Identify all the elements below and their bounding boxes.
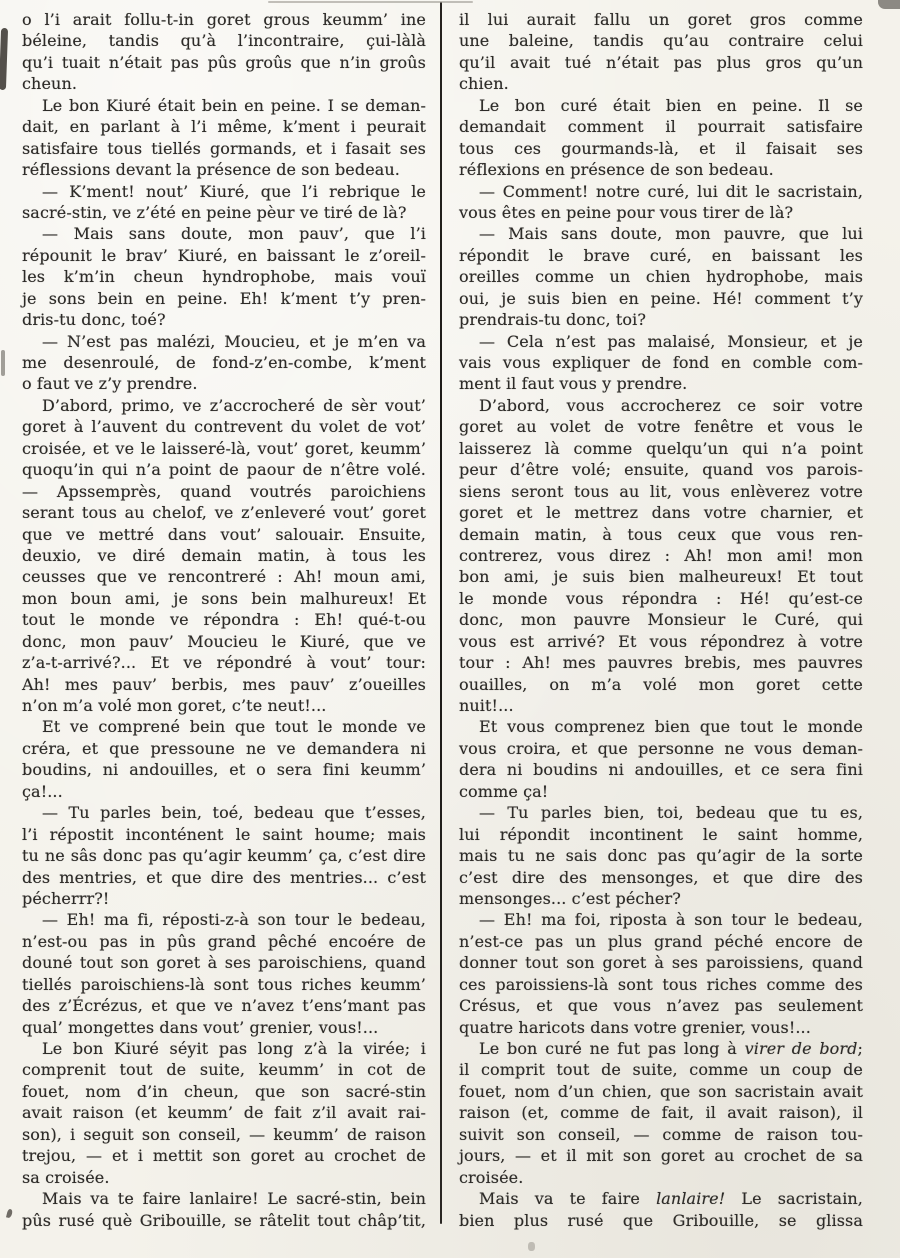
text-line: goret et le mettrez dans votre charnier,… [459,502,863,523]
text-line: vous est arrivé? Et vous répondrez à vot… [459,631,863,652]
text-line: chien. [459,73,863,94]
text-line: — N’est pas malézi, Moucieu, et je m’en … [22,331,426,352]
text-line: dris-tu donc, toé? [22,309,426,330]
right-column-french-text: il lui aurait fallu un goret gros commeu… [459,9,863,1231]
scan-artifact-smudge [528,1242,535,1251]
text-line: dait, en parlant à l’i même, k’ment i pe… [22,116,426,137]
text-line: — Apssemprès, quand voutrés paroichiens [22,481,426,502]
scan-artifact-edge-mark [0,28,8,90]
text-line: o faut ve z’y prendre. [22,373,426,394]
text-line: qual’ mongettes dans vout’ grenier, vous… [22,1017,426,1038]
text-line: Le bon curé était bien en peine. Il se [459,95,863,116]
text-line: son), i seguit son conseil, — keumm’ de … [22,1124,426,1145]
text-line: tour : Ah! mes pauvres brebis, mes pauvr… [459,652,863,673]
text-line: des mentries, et que dire des mentries..… [22,867,426,888]
text-line: donner tout son goret à ses paroissiens,… [459,952,863,973]
text-line: suivit son conseil, — comme de raison to… [459,1124,863,1145]
text-line: répounit le brav’ Kiuré, en baissant le … [22,245,426,266]
scan-artifact-corner-mark [878,0,900,9]
text-line: fouet, nom d’in cheun, que son sacré-sti… [22,1081,426,1102]
text-line: satisfaire tous tiellés gormands, et i f… [22,138,426,159]
text-line: sa croisée. [22,1167,426,1188]
text-line: — Tu parles bien, toi, bedeau que tu es, [459,802,863,823]
text-line: — Cela n’est pas malaisé, Monsieur, et j… [459,331,863,352]
text-line: jours, — et il mit son goret au crochet … [459,1145,863,1166]
text-line: mais tu ne sais donc pas qu’agir de la s… [459,845,863,866]
text-line: donc, mon pauvre Monsieur le Curé, qui [459,609,863,630]
text-line: Crésus, et que vous n’avez pas seulement [459,995,863,1016]
text-line: o l’i arait follu-t-in goret grous keumm… [22,9,426,30]
text-line: serant tous au chelof, ve z’enleveré vou… [22,502,426,523]
text-line: ça!... [22,781,426,802]
text-line: peur d’être volé; ensuite, quand vos par… [459,459,863,480]
text-line: il lui aurait fallu un goret gros comme [459,9,863,30]
scanned-page: o l’i arait follu-t-in goret grous keumm… [0,0,900,1258]
text-line: le monde vous répondra : Hé! qu’est-ce [459,588,863,609]
text-line: tiellés paroischiens-là sont tous riches… [22,974,426,995]
text-line: laisserez là comme quelqu’un qui n’a poi… [459,438,863,459]
text-line: prendrais-tu donc, toi? [459,309,863,330]
text-line: comprenit tout de suite, keumm’ in cot d… [22,1059,426,1080]
text-line: c’est dire des mensonges, et que dire de… [459,867,863,888]
text-line: les k’m’in cheun hyndrophobe, mais vouï [22,266,426,287]
text-line: bien plus rusé que Gribouille, se glissa [459,1210,863,1231]
text-line: vais vous expliquer de fond en comble co… [459,352,863,373]
text-line: nuit!... [459,695,863,716]
text-line: D’abord, vous accrocherez ce soir votre [459,395,863,416]
text-line: Le bon Kiuré était bein en peine. I se d… [22,95,426,116]
text-line: je sons bein en peine. Eh! k’ment t’y pr… [22,288,426,309]
text-line: créra, et que pressoune ne ve demandera … [22,738,426,759]
text-line: Ah! mes pauv’ berbis, mes pauv’ z’oueill… [22,674,426,695]
text-line: — Mais sans doute, mon pauv’, que l’i [22,223,426,244]
text-line: demain matin, à tous ceux que vous ren- [459,524,863,545]
scan-artifact-speck [6,1209,13,1219]
text-line: mensonges... c’est pécher? [459,888,863,909]
column-divider-rule [440,2,442,1224]
text-line: qu’il avait tué n’était pas plus gros qu… [459,52,863,73]
scan-artifact-scratch [268,1,473,3]
text-line: siens seront tous au lit, vous enlèverez… [459,481,863,502]
text-line: douné tout son goret à ses paroischiens,… [22,952,426,973]
text-line: — Eh! ma foi, riposta à son tour le bede… [459,909,863,930]
text-line: ment il faut vous y prendre. [459,373,863,394]
text-line: comme ça! [459,781,863,802]
text-line: me desenroulé, de fond-z’en-combe, k’men… [22,352,426,373]
text-line: z’a-t-arrivé?... Et ve répondré à vout’ … [22,652,426,673]
text-line: avait raison (et keumm’ de fait z’il ava… [22,1102,426,1123]
text-line: raison (et, comme de fait, il avait rais… [459,1102,863,1123]
text-line: ouailles, on m’a volé mon goret cette [459,674,863,695]
text-line: boudins, ni andouilles, et o sera fini k… [22,759,426,780]
text-line: Le bon curé ne fut pas long à virer de b… [459,1038,863,1059]
text-line: — Mais sans doute, mon pauvre, que lui [459,223,863,244]
text-line: D’abord, primo, ve z’accrocheré de sèr v… [22,395,426,416]
text-line: vous êtes en peine pour vous tirer de là… [459,202,863,223]
text-line: n’on m’a volé mon goret, c’te neut!... [22,695,426,716]
text-line: tous ces gourmands-là, et il faisait ses [459,138,863,159]
text-line: béleine, tandis qu’à l’incontraire, çui-… [22,30,426,51]
text-line: oui, je suis bien en peine. Hé! comment … [459,288,863,309]
text-line: oreilles comme un chien hydrophobe, mais [459,266,863,287]
text-line: n’est-ce pas un plus grand péché encore … [459,931,863,952]
text-line: réflessions devant la présence de son be… [22,159,426,180]
text-line: des z’Écrézus, et que ve n’avez t’ens’ma… [22,995,426,1016]
text-line: une baleine, tandis qu’au contraire celu… [459,30,863,51]
text-line: réflexions en présence de son bedeau. [459,159,863,180]
text-line: tout le monde ve répondra : Eh! qué-t-ou [22,609,426,630]
text-line: ces paroissiens-là sont tous riches comm… [459,974,863,995]
text-line: vous croira, et que personne ne vous dem… [459,738,863,759]
text-line: cheun. [22,73,426,94]
text-line: l’i répostit inconténent le saint houme;… [22,824,426,845]
text-line: goret au volet de votre fenêtre et vous … [459,416,863,437]
text-line: mon boun ami, je sons bein malhureux! Et [22,588,426,609]
text-line: dera ni boudins ni andouilles, et ce ser… [459,759,863,780]
text-line: Mais va te faire lanlaire! Le sacristain… [459,1188,863,1209]
scan-artifact-edge-mark [1,350,5,376]
text-line: Mais va te faire lanlaire! Le sacré-stin… [22,1188,426,1209]
text-line: n’est-ou pas in pûs grand pêché encoére … [22,931,426,952]
text-line: goret à l’auvent du contrevent du volet … [22,416,426,437]
text-line: — K’ment! nout’ Kiuré, que l’i rebrique … [22,181,426,202]
text-line: fouet, nom d’un chien, que son sacristai… [459,1081,863,1102]
text-line: ceusses que ve rencontreré : Ah! moun am… [22,566,426,587]
text-line: trejou, — et i mettit son goret au croch… [22,1145,426,1166]
text-line: quatre haricots dans votre grenier, vous… [459,1017,863,1038]
text-line: tu ne sâs donc pas qu’agir keumm’ ça, c’… [22,845,426,866]
left-column-dialect-text: o l’i arait follu-t-in goret grous keumm… [22,9,426,1231]
text-line: que ve mettré dans vout’ salouair. Ensui… [22,524,426,545]
text-line: sacré-stin, ve z’été en peine pèur ve ti… [22,202,426,223]
text-line: il comprit tout de suite, comme un coup … [459,1059,863,1080]
text-line: lui répondit incontinent le saint homme, [459,824,863,845]
text-line: demandait comment il pourrait satisfaire [459,116,863,137]
text-line: pécherrr?! [22,888,426,909]
text-line: — Comment! notre curé, lui dit le sacris… [459,181,863,202]
text-line: croisée. [459,1167,863,1188]
text-line: pûs rusé què Gribouille, se râtelit tout… [22,1210,426,1231]
text-line: bon ami, je suis bien malheureux! Et tou… [459,566,863,587]
text-line: — Eh! ma fi, réposti-z-à son tour le bed… [22,909,426,930]
text-line: contrerez, vous direz : Ah! mon ami! mon [459,545,863,566]
text-line: quoqu’in qui n’a point de paour de n’êtr… [22,459,426,480]
text-line: Et ve comprené bein que tout le monde ve [22,716,426,737]
text-line: donc, mon pauv’ Moucieu le Kiuré, que ve [22,631,426,652]
text-line: répondit le brave curé, en baissant les [459,245,863,266]
text-line: croisée, et ve le laisseré-là, vout’ gor… [22,438,426,459]
text-line: Le bon Kiuré séyit pas long z’à la virée… [22,1038,426,1059]
text-line: deuxio, ve diré demain matin, à tous les [22,545,426,566]
text-line: Et vous comprenez bien que tout le monde [459,716,863,737]
text-line: qu’i tuait n’était pas pûs groûs que n’i… [22,52,426,73]
text-line: — Tu parles bein, toé, bedeau que t’esse… [22,802,426,823]
